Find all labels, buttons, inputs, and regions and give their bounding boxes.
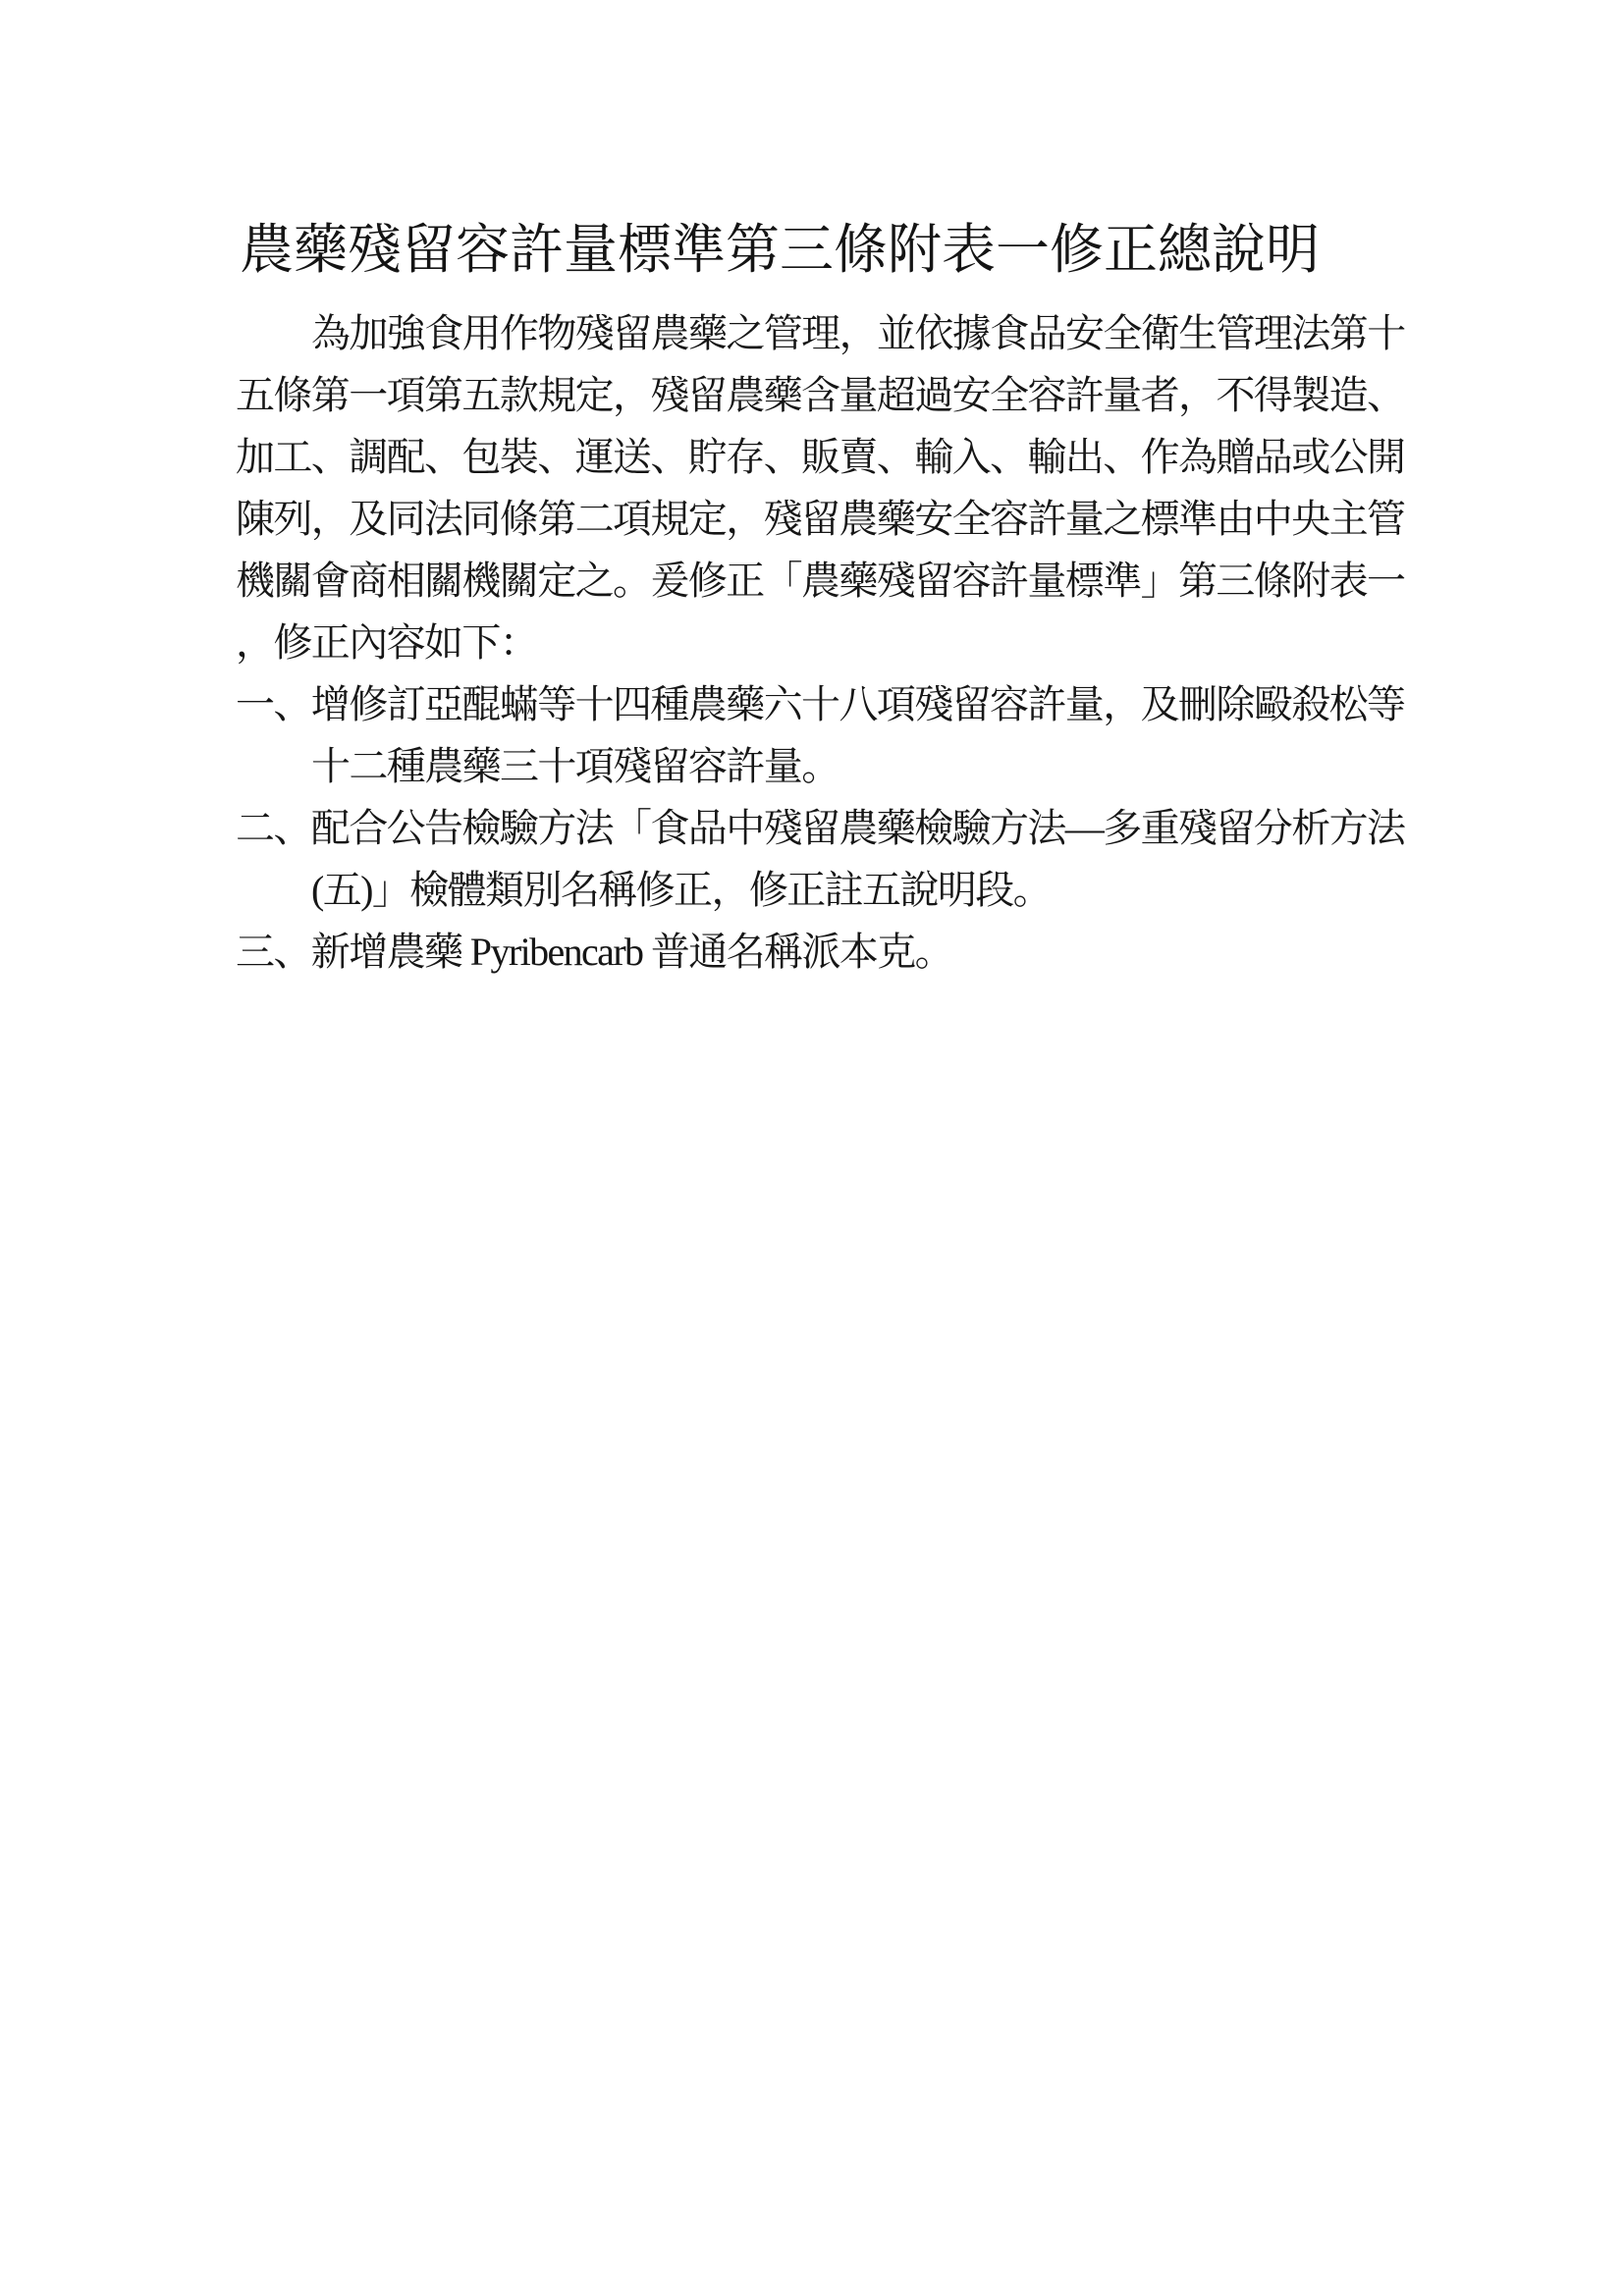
document-line: 加工、調配、包裝、運送、貯存、販賣、輸入、輸出、作為贈品或公開 [236, 426, 1453, 488]
document-title: 農藥殘留容許量標準第三條附表一修正總說明 [240, 206, 1320, 284]
document-line: 陳列，及同法同條第二項規定，殘留農藥安全容許量之標準由中央主管 [236, 488, 1453, 550]
document-line: 一、增修訂亞醌蟎等十四種農藥六十八項殘留容許量，及刪除毆殺松等 [236, 673, 1453, 735]
document-line: 十二種農藥三十項殘留容許量。 [236, 735, 1453, 797]
document-line: ，修正內容如下： [236, 612, 1453, 673]
document-line: 機關會商相關機關定之。爰修正「農藥殘留容許量標準」第三條附表一 [236, 550, 1453, 612]
document-line: 二、配合公告檢驗方法「食品中殘留農藥檢驗方法—多重殘留分析方法 [236, 797, 1453, 859]
document-line: (五)」檢體類別名稱修正，修正註五說明段。 [236, 859, 1453, 921]
document-line: 五條第一項第五款規定，殘留農藥含量超過安全容許量者，不得製造、 [236, 364, 1453, 426]
document-body: 為加強食用作物殘留農藥之管理，並依據食品安全衛生管理法第十五條第一項第五款規定，… [236, 302, 1453, 983]
document-line: 為加強食用作物殘留農藥之管理，並依據食品安全衛生管理法第十 [236, 302, 1453, 364]
document-line: 三、新增農藥 Pyribencarb 普通名稱派本克。 [236, 921, 1453, 983]
document-page: 農藥殘留容許量標準第三條附表一修正總說明 為加強食用作物殘留農藥之管理，並依據食… [0, 0, 1624, 2296]
